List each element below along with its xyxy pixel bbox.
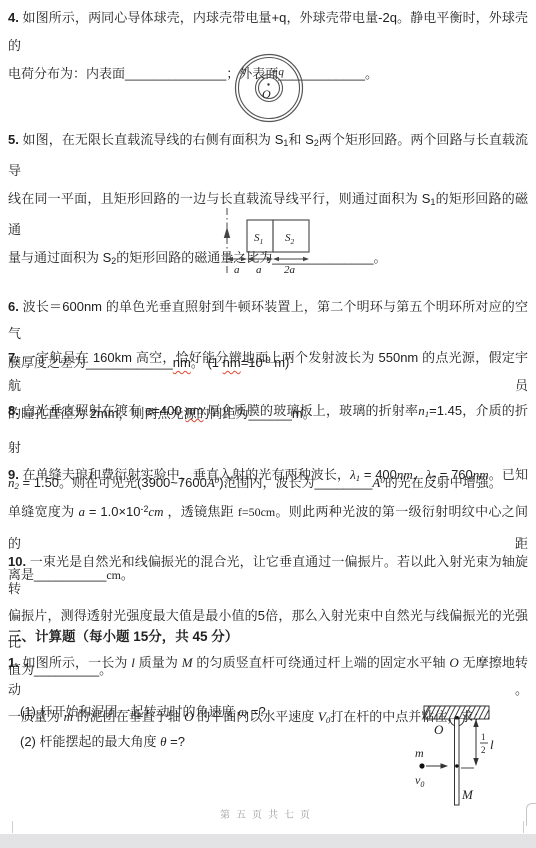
current-arrowhead xyxy=(224,227,230,238)
question-6-line-1: 6. 波长＝600nm 的单色光垂直照射到牛顿环装置上，第二个明环与第五个明环所… xyxy=(8,293,528,347)
dimension-arrows xyxy=(227,257,309,261)
section-3-header: 三、计算题（每小题 15分，共 45 分） xyxy=(8,625,528,645)
dim-2a-label: 2a xyxy=(284,264,296,276)
loop-s1-label: S1 xyxy=(254,232,263,246)
clay-ball xyxy=(419,763,424,768)
velocity-label: v0 xyxy=(415,773,424,789)
frac-denominator: 2 xyxy=(481,745,486,755)
rod-midpoint-dot xyxy=(455,764,458,767)
dim-a2-label: a xyxy=(256,264,262,276)
rod-mass-label: M xyxy=(461,787,474,802)
question-9-line-1: 9. 在单缝夫琅和费衍射实验中，垂直入射的光有两种波长，λ1 = 400nm，λ… xyxy=(8,459,528,494)
length-label: l xyxy=(490,737,494,752)
page-right-edge-mark xyxy=(523,821,524,833)
center-dot xyxy=(267,83,269,85)
frac-numerator: 1 xyxy=(481,732,486,742)
page-bottom-margin xyxy=(0,834,536,848)
page-number-footer: 第五页共七页 xyxy=(0,806,536,821)
loop-s2 xyxy=(273,220,309,252)
inner-charge-label: +q xyxy=(271,66,284,78)
drawing-canvas-corner xyxy=(526,803,536,826)
question-5-line-1: 5. 如图，在无限长直载流导线的右侧有面积为 S1和 S2两个矩形回路。两个回路… xyxy=(8,126,528,185)
exam-page: 4. 如图所示，两同心导体球壳，内球壳带电量+q，外球壳带电量-2q。静电平衡时… xyxy=(0,0,536,848)
rod xyxy=(455,719,460,805)
question-8-line-1: 8. 白光垂直照射在镀有 e=400 nm 厚介质膜的玻璃板上，玻璃的折射率n1… xyxy=(8,394,528,464)
clay-mass-label: m xyxy=(415,746,424,760)
length-dimension xyxy=(473,719,478,766)
concentric-shells-diagram: +q O xyxy=(222,50,318,128)
problem-1-line-1: 1. 如图所示，一长为 l 质量为 M 的匀质竖直杆可绕通过杆上端的固定水平轴 … xyxy=(8,649,528,703)
velocity-arrow xyxy=(426,763,448,768)
rod-pendulum-diagram: O 1 2 l m v0 M xyxy=(396,700,528,815)
wire-loops-diagram: S1 S2 a a 2a xyxy=(192,205,342,277)
question-7-line-1: 7. 一宇航员在 160km 高空，恰好能分辨地面上两个发射波长为 550nm … xyxy=(8,344,528,400)
dim-a1-label: a xyxy=(234,264,240,276)
loop-s2-label: S2 xyxy=(285,232,295,246)
center-label: O xyxy=(262,87,271,101)
page-left-edge-mark xyxy=(12,821,13,833)
loop-s1 xyxy=(247,220,273,252)
question-10-line-1: 10. 一束光是自然光和线偏振光的混合光，让它垂直通过一偏振片。若以此入射光束为… xyxy=(8,548,528,602)
pivot-label: O xyxy=(434,722,444,737)
